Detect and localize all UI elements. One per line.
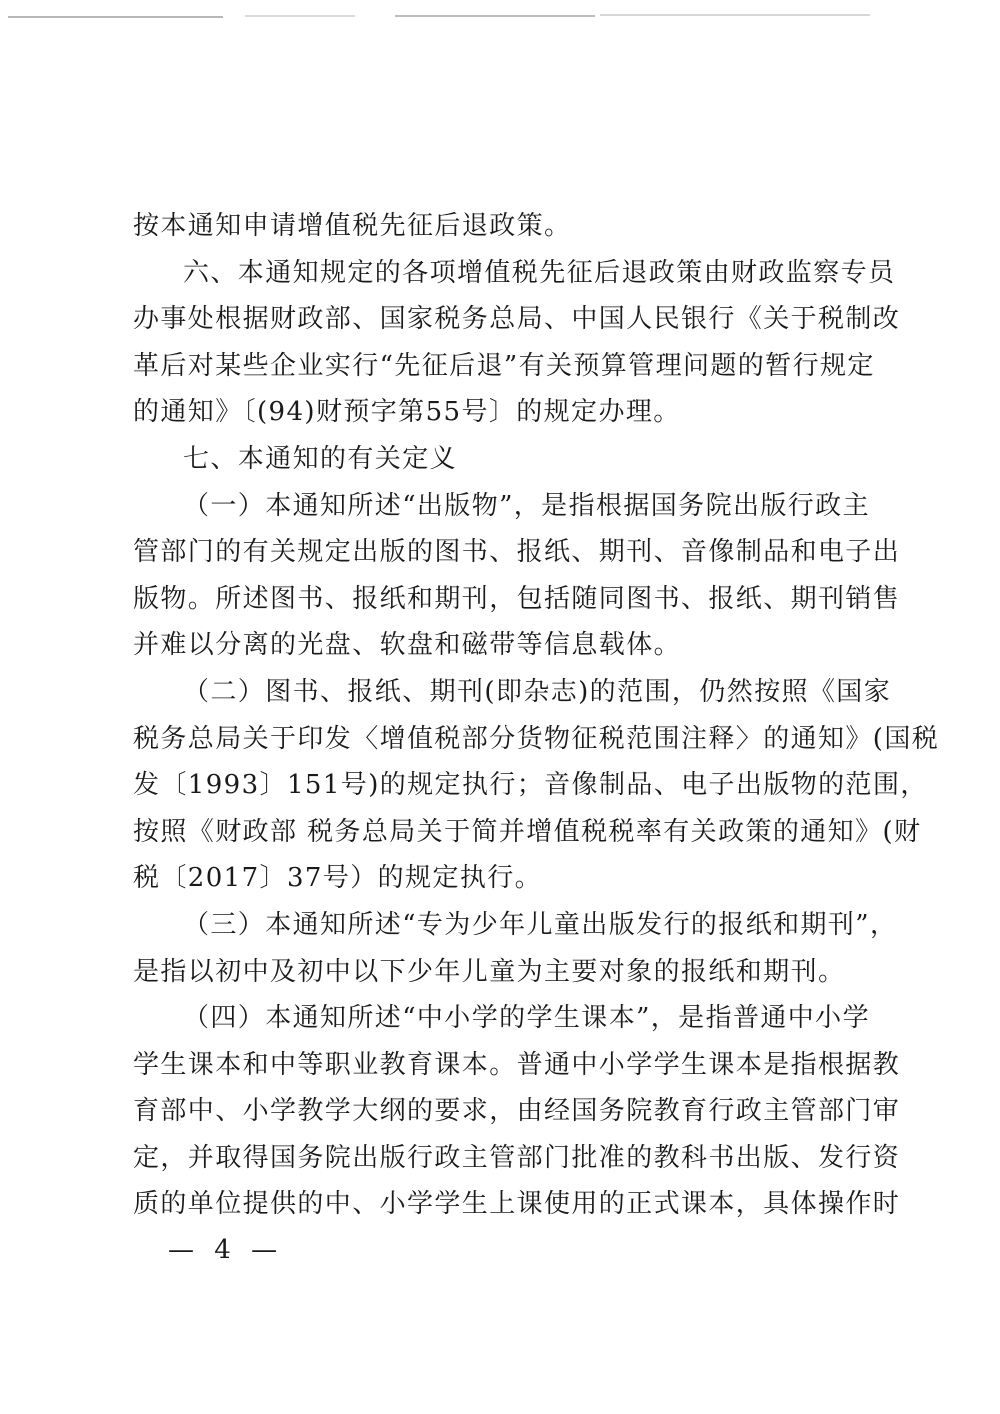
scan-line bbox=[245, 15, 355, 17]
text-line: 质的单位提供的中、小学学生上课使用的正式课本，具体操作时 bbox=[133, 1181, 849, 1228]
text-line: 管部门的有关规定出版的图书、报纸、期刊、音像制品和电子出 bbox=[133, 529, 849, 576]
text-line: 按本通知申请增值税先征后退政策。 bbox=[133, 203, 849, 250]
text-line: （一）本通知所述“出版物”，是指根据国务院出版行政主 bbox=[133, 483, 849, 530]
paragraph-definition-2: （二）图书、报纸、期刊(即杂志)的范围，仍然按照《国家税务总局关于印发〈增值税部… bbox=[133, 669, 849, 902]
text-line: 革后对某些企业实行“先征后退”有关预算管理问题的暂行规定 bbox=[133, 343, 849, 390]
scan-line bbox=[600, 14, 870, 16]
text-line: （四）本通知所述“中小学的学生课本”，是指普通中小学 bbox=[133, 995, 849, 1042]
paragraph-section-6: 六、本通知规定的各项增值税先征后退政策由财政监察专员办事处根据财政部、国家税务总… bbox=[133, 250, 849, 436]
text-line: 七、本通知的有关定义 bbox=[133, 436, 849, 483]
text-line: 税〔2017〕37号）的规定执行。 bbox=[133, 855, 849, 902]
paragraph-definition-1: （一）本通知所述“出版物”，是指根据国务院出版行政主管部门的有关规定出版的图书、… bbox=[133, 483, 849, 669]
text-line: 税务总局关于印发〈增值税部分货物征税范围注释〉的通知》(国税 bbox=[133, 716, 849, 763]
text-line: （二）图书、报纸、期刊(即杂志)的范围，仍然按照《国家 bbox=[133, 669, 849, 716]
text-line: 育部中、小学教学大纲的要求，由经国务院教育行政主管部门审 bbox=[133, 1088, 849, 1135]
paragraph-section-7-heading: 七、本通知的有关定义 bbox=[133, 436, 849, 483]
text-line: 定，并取得国务院出版行政主管部门批准的教科书出版、发行资 bbox=[133, 1135, 849, 1182]
text-line: 版物。所述图书、报纸和期刊，包括随同图书、报纸、期刊销售 bbox=[133, 576, 849, 623]
text-line: （三）本通知所述“专为少年儿童出版发行的报纸和期刊”， bbox=[133, 902, 849, 949]
text-line: 按照《财政部 税务总局关于简并增值税税率有关政策的通知》(财 bbox=[133, 809, 849, 856]
document-page: 按本通知申请增值税先征后退政策。六、本通知规定的各项增值税先征后退政策由财政监察… bbox=[133, 203, 849, 1228]
scan-line bbox=[8, 16, 223, 18]
scan-line bbox=[395, 15, 595, 17]
paragraph-continuation: 按本通知申请增值税先征后退政策。 bbox=[133, 203, 849, 250]
paragraph-definition-3: （三）本通知所述“专为少年儿童出版发行的报纸和期刊”，是指以初中及初中以下少年儿… bbox=[133, 902, 849, 995]
text-line: 发〔1993〕151号)的规定执行；音像制品、电子出版物的范围， bbox=[133, 762, 849, 809]
text-line: 学生课本和中等职业教育课本。普通中小学学生课本是指根据教 bbox=[133, 1042, 849, 1089]
text-line: 办事处根据财政部、国家税务总局、中国人民银行《关于税制改 bbox=[133, 296, 849, 343]
scan-artifacts bbox=[0, 0, 1000, 40]
text-line: 是指以初中及初中以下少年儿童为主要对象的报纸和期刊。 bbox=[133, 949, 849, 996]
paragraph-definition-4: （四）本通知所述“中小学的学生课本”，是指普通中小学学生课本和中等职业教育课本。… bbox=[133, 995, 849, 1228]
text-line: 六、本通知规定的各项增值税先征后退政策由财政监察专员 bbox=[133, 250, 849, 297]
text-line: 并难以分离的光盘、软盘和磁带等信息载体。 bbox=[133, 622, 849, 669]
page-number: — 4 — bbox=[168, 1232, 283, 1268]
text-line: 的通知》〔(94)财预字第55号〕的规定办理。 bbox=[133, 389, 849, 436]
